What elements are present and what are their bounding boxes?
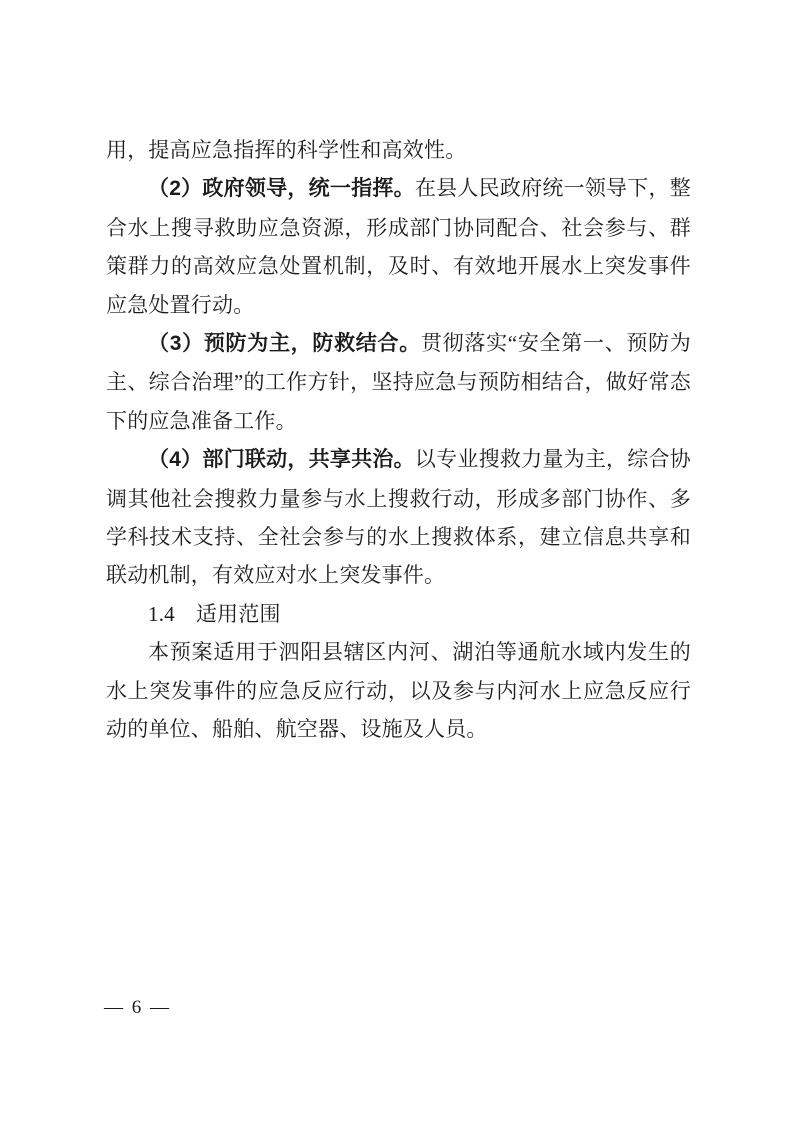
paragraph-scope: 本预案适用于泗阳县辖区内河、湖泊等通航水域内发生的水上突发事件的应急反应行动，以…	[106, 633, 691, 748]
principle-2-lead: （2）政府领导，统一指挥。	[148, 177, 415, 200]
section-heading: 1.4适用范围	[106, 595, 691, 633]
document-page: 用，提高应急指挥的科学性和高效性。 （2）政府领导，统一指挥。在县人民政府统一领…	[0, 0, 793, 1122]
paragraph-principle-2: （2）政府领导，统一指挥。在县人民政府统一领导下，整合水上搜寻救助应急资源，形成…	[106, 169, 691, 324]
section-title: 适用范围	[196, 602, 281, 626]
paragraph-principle-4: （4）部门联动，共享共治。以专业搜救力量为主，综合协调其他社会搜救力量参与水上搜…	[106, 440, 691, 595]
section-number: 1.4	[148, 602, 175, 626]
principle-3-lead: （3）预防为主，防救结合。	[148, 332, 421, 355]
page-number: — 6 —	[104, 995, 171, 1021]
principle-4-lead: （4）部门联动，共享共治。	[148, 448, 415, 471]
document-body: 用，提高应急指挥的科学性和高效性。 （2）政府领导，统一指挥。在县人民政府统一领…	[106, 131, 691, 749]
paragraph-continuation: 用，提高应急指挥的科学性和高效性。	[106, 131, 691, 169]
paragraph-principle-3: （3）预防为主，防救结合。贯彻落实“安全第一、预防为主、综合治理”的工作方针，坚…	[106, 324, 691, 440]
